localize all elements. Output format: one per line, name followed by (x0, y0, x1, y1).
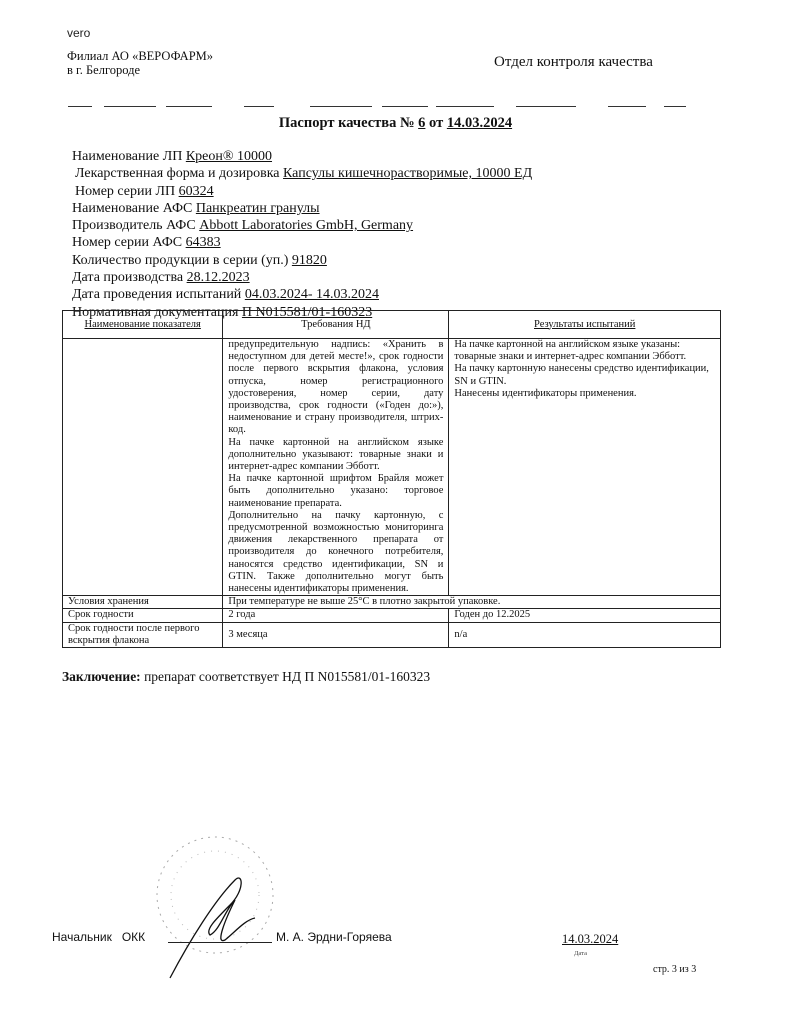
table-header-row: Наименование показателя Требования НД Ре… (63, 311, 721, 339)
field-value: 04.03.2024- 14.03.2024 (245, 287, 379, 302)
cell-results: На пачке картонной на английском языке у… (449, 339, 721, 596)
requirement-paragraph: На пачке картонной на английском языке д… (228, 437, 443, 474)
field-production-date: Дата производства 28.12.2023 (72, 269, 532, 286)
result-paragraph: Нанесены идентификаторы применения. (454, 388, 715, 400)
table-row: Срок годности после первого вскрытия фла… (63, 622, 721, 647)
signature-line (168, 942, 272, 943)
field-label: Дата проведения испытаний (72, 287, 241, 302)
header-results: Результаты испытаний (449, 311, 721, 339)
field-value: 64383 (186, 235, 221, 250)
cell-requirements: 3 месяца (223, 622, 449, 647)
table-row: Условия хранения При температуре не выше… (63, 596, 721, 609)
header-divider-dashes (68, 106, 688, 112)
cell-requirements: 2 года (223, 609, 449, 622)
cell-results: Годен до 12.2025 (449, 609, 721, 622)
header-label: Наименование показателя (84, 319, 200, 330)
passport-date: 14.03.2024 (447, 115, 512, 131)
field-value: Креон® 10000 (186, 149, 272, 164)
result-paragraph: На пачке картонной на английском языке у… (454, 339, 715, 363)
passport-number: 6 (418, 115, 425, 131)
field-test-dates: Дата проведения испытаний 04.03.2024- 14… (72, 286, 532, 303)
branch-line-1: Филиал АО «ВЕРОФАРМ» (67, 49, 213, 63)
field-value: Abbott Laboratories GmbH, Germany (199, 218, 413, 233)
field-product-name: Наименование ЛП Креон® 10000 (72, 148, 532, 165)
field-value: Капсулы кишечнорастворимые, 10000 ЕД (283, 166, 532, 181)
cell-requirements: предупредительную надпись: «Хранить в не… (223, 339, 449, 596)
field-value: Панкреатин гранулы (196, 201, 320, 216)
cell-results: n/a (449, 622, 721, 647)
signer-position: Начальник ОКК (52, 930, 145, 944)
field-api-manufacturer: Производитель АФС Abbott Laboratories Gm… (72, 217, 532, 234)
field-value: 91820 (292, 253, 327, 268)
branch-name: Филиал АО «ВЕРОФАРМ» в г. Белгороде (67, 49, 213, 77)
result-paragraph: На пачку картонную нанесены средство иде… (454, 363, 715, 387)
field-label: Количество продукции в серии (уп.) (72, 253, 288, 268)
conclusion-label: Заключение: (62, 669, 141, 684)
field-label: Номер серии АФС (72, 235, 182, 250)
field-label: Наименование ЛП (72, 149, 182, 164)
header-indicator: Наименование показателя (63, 311, 223, 339)
header-label: Результаты испытаний (534, 319, 635, 330)
table-row: Срок годности 2 года Годен до 12.2025 (63, 609, 721, 622)
requirement-paragraph: На пачке картонной шрифтом Брайля может … (228, 473, 443, 510)
field-quantity: Количество продукции в серии (уп.) 91820 (72, 252, 532, 269)
field-api-name: Наименование АФС Панкреатин гранулы (72, 200, 532, 217)
cell-indicator: Срок годности после первого вскрытия фла… (63, 622, 223, 647)
field-value: 60324 (179, 184, 214, 199)
product-fields: Наименование ЛП Креон® 10000 Лекарственн… (72, 148, 532, 321)
field-label: Производитель АФС (72, 218, 196, 233)
table-row: предупредительную надпись: «Хранить в не… (63, 339, 721, 596)
quality-table: Наименование показателя Требования НД Ре… (62, 310, 721, 648)
signature-date: 14.03.2024 (562, 932, 618, 947)
conclusion: Заключение: препарат соответствует НД П … (62, 669, 430, 685)
passport-title: Паспорт качества № 6 от 14.03.2024 (0, 115, 791, 132)
requirement-paragraph: Дополнительно на пачку картонную, с пред… (228, 510, 443, 595)
branch-line-2: в г. Белгороде (67, 63, 213, 77)
title-middle: от (429, 115, 443, 131)
cell-storage-conditions: При температуре не выше 25°С в плотно за… (223, 596, 721, 609)
cell-indicator (63, 339, 223, 596)
company-logo: vero (67, 26, 90, 40)
title-prefix: Паспорт качества № (279, 115, 415, 131)
department-name: Отдел контроля качества (494, 54, 653, 71)
date-caption: Дата (574, 950, 587, 957)
field-label: Дата производства (72, 270, 183, 285)
field-batch-number: Номер серии ЛП 60324 (72, 183, 532, 200)
page-number: стр. 3 из 3 (653, 964, 696, 975)
field-value: 28.12.2023 (187, 270, 250, 285)
field-label: Лекарственная форма и дозировка (75, 166, 280, 181)
cell-indicator: Условия хранения (63, 596, 223, 609)
cell-indicator: Срок годности (63, 609, 223, 622)
field-api-batch: Номер серии АФС 64383 (72, 234, 532, 251)
field-label: Наименование АФС (72, 201, 192, 216)
signature-icon (165, 860, 275, 980)
field-dosage-form: Лекарственная форма и дозировка Капсулы … (72, 165, 532, 182)
conclusion-text: препарат соответствует НД П N015581/01-1… (144, 669, 430, 684)
header-requirements: Требования НД (223, 311, 449, 339)
requirement-paragraph: предупредительную надпись: «Хранить в не… (228, 339, 443, 437)
field-label: Номер серии ЛП (75, 184, 175, 199)
signer-name: М. А. Эрдни-Горяева (276, 930, 392, 944)
